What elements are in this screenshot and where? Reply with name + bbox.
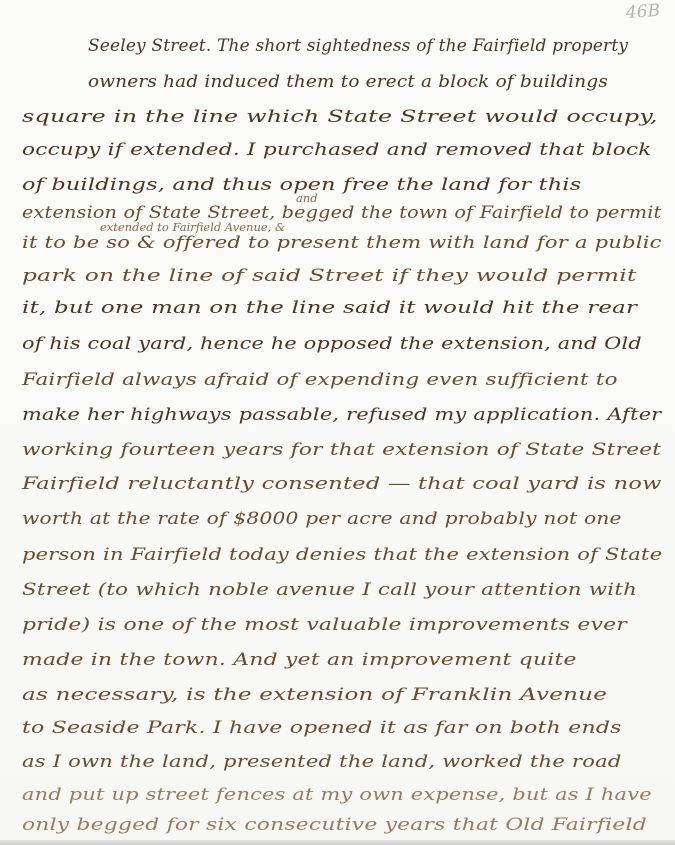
manuscript-line-7: it to be so & offered to present them wi…: [22, 233, 662, 253]
manuscript-line-8: park on the line of said Street if they …: [22, 266, 637, 286]
manuscript-line-16: person in Fairfield today denies that th…: [22, 545, 662, 565]
manuscript-line-3: square in the line which State Street wo…: [22, 107, 658, 127]
manuscript-line-20: as necessary, is the extension of Frankl…: [22, 685, 607, 705]
manuscript-line-19: made in the town. And yet an improvement…: [22, 650, 577, 670]
manuscript-line-13: working fourteen years for that extensio…: [22, 440, 661, 460]
manuscript-line-17: Street (to which noble avenue I call you…: [22, 580, 637, 600]
manuscript-line-24: only begged for six consecutive years th…: [22, 815, 647, 835]
manuscript-page: 46B Seeley Street. The short sightedness…: [0, 0, 675, 840]
manuscript-line-22: as I own the land, presented the land, w…: [22, 752, 622, 772]
manuscript-line-15: worth at the rate of $8000 per acre and …: [22, 509, 622, 529]
manuscript-line-1: Seeley Street. The short sightedness of …: [88, 36, 628, 56]
manuscript-line-18: pride) is one of the most valuable impro…: [22, 615, 627, 635]
manuscript-line-9: it, but one man on the line said it woul…: [22, 298, 637, 318]
page-edge: [0, 840, 675, 845]
manuscript-line-4: occupy if extended. I purchased and remo…: [22, 140, 652, 160]
manuscript-line-10: of his coal yard, hence he opposed the e…: [22, 334, 642, 354]
manuscript-line-23: and put up street fences at my own expen…: [22, 785, 652, 805]
manuscript-line-2: owners had induced them to erect a block…: [88, 72, 608, 92]
manuscript-line-21: to Seaside Park. I have opened it as far…: [22, 718, 622, 738]
folio-number: 46B: [625, 1, 660, 23]
manuscript-line-14: Fairfield reluctantly consented — that c…: [22, 474, 662, 494]
interlinear-insertion-extended: extended to Fairfield Avenue, &: [100, 220, 285, 234]
manuscript-line-11: Fairfield always afraid of expending eve…: [22, 370, 618, 390]
manuscript-line-12: make her highways passable, refused my a…: [22, 405, 661, 425]
